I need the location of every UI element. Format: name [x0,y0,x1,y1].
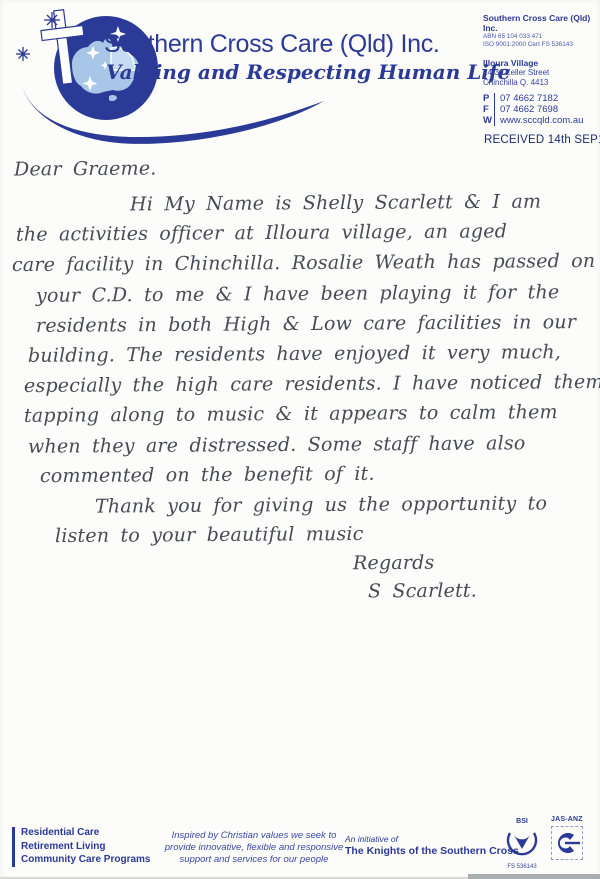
jas-anz-icon [551,826,583,860]
brand-tagline: Valuing and Respecting Human Life [106,60,510,84]
mission-line: Inspired by Christian values we seek to [143,830,365,842]
handwritten-line: Dear Graeme. [14,158,157,181]
service-retirement-living: Retirement Living [21,840,150,854]
fax-label: F [483,104,494,115]
web-address: www.sccqld.com.au [494,115,583,126]
handwritten-line: listen to your beautiful music [55,523,364,547]
contact-abn: ABN 65 104 033 471 [483,33,597,41]
handwritten-line: when they are distressed. Some staff hav… [28,432,526,457]
handwritten-signature: S Scarlett. [368,580,477,603]
phone-label: P [483,93,494,104]
fax-number: 07 4662 7698 [494,104,558,115]
bsi-label: BSI [501,818,543,825]
received-stamp: RECEIVED 14th SEP10 [484,134,600,146]
bsi-cert-icon [505,825,539,857]
contact-iso: ISO 9001:2000 Cert FS 536143 [483,41,597,49]
jas-anz-accreditation-mark: JAS-ANZ [551,816,591,860]
mission-line: support and services for our people [143,854,365,866]
phone-number: 07 4662 7182 [494,93,558,104]
handwritten-line: residents in both High & Low care facili… [36,311,576,337]
web-row: W www.sccqld.com.au [483,115,583,126]
service-community-care: Community Care Programs [21,853,150,867]
handwritten-signoff: Regards [353,552,435,575]
contact-block: Southern Cross Care (Qld) Inc. ABN 65 10… [483,13,597,87]
phone-row: P 07 4662 7182 [483,93,583,104]
initiative-prefix: An initiative of [345,834,519,845]
scan-bottom-right-edge [468,874,600,879]
jas-anz-label: JAS-ANZ [551,816,591,824]
phone-block: P 07 4662 7182 F 07 4662 7698 W www.sccq… [483,93,583,126]
web-label: W [483,115,494,126]
footer-services: Residential Care Retirement Living Commu… [21,826,150,867]
handwritten-line: care facility in Chinchilla. Rosalie Wea… [12,250,595,276]
handwritten-line: tapping along to music & it appears to c… [24,401,558,427]
footer-initiative: An initiative of The Knights of the Sout… [345,834,519,858]
brand-name: Southern Cross Care (Qld) Inc. [104,30,440,59]
handwritten-line: commented on the benefit of it. [40,463,375,487]
handwritten-line: your C.D. to me & I have been playing it… [36,281,560,307]
contact-address-2: Chinchilla Q. 4413 [483,78,597,88]
handwritten-line: Hi My Name is Shelly Scarlett & I am [130,191,541,216]
contact-site-name: Illoura Village [483,58,597,68]
mission-line: provide innovative, flexible and respons… [143,842,365,854]
bsi-cert-number: FS 536143 [501,864,543,870]
contact-org-name: Southern Cross Care (Qld) Inc. [483,13,597,33]
footer-mission-statement: Inspired by Christian values we seek to … [143,830,365,866]
handwritten-line: Thank you for giving us the opportunity … [95,492,547,517]
scanned-letter-page: Southern Cross Care (Qld) Inc. Valuing a… [0,0,600,879]
service-residential-care: Residential Care [21,826,150,840]
handwritten-line: building. The residents have enjoyed it … [28,341,561,367]
initiative-name: The Knights of the Southern Cross [345,845,519,858]
contact-address-1: 24-30 Zeller Street [483,68,597,78]
footer-divider-bar [12,827,15,867]
handwritten-line: the activities officer at Illoura villag… [16,220,507,245]
handwritten-line: especially the high care residents. I ha… [24,371,600,397]
fax-row: F 07 4662 7698 [483,104,583,115]
bsi-certification-mark: BSI FS 536143 [501,818,543,870]
